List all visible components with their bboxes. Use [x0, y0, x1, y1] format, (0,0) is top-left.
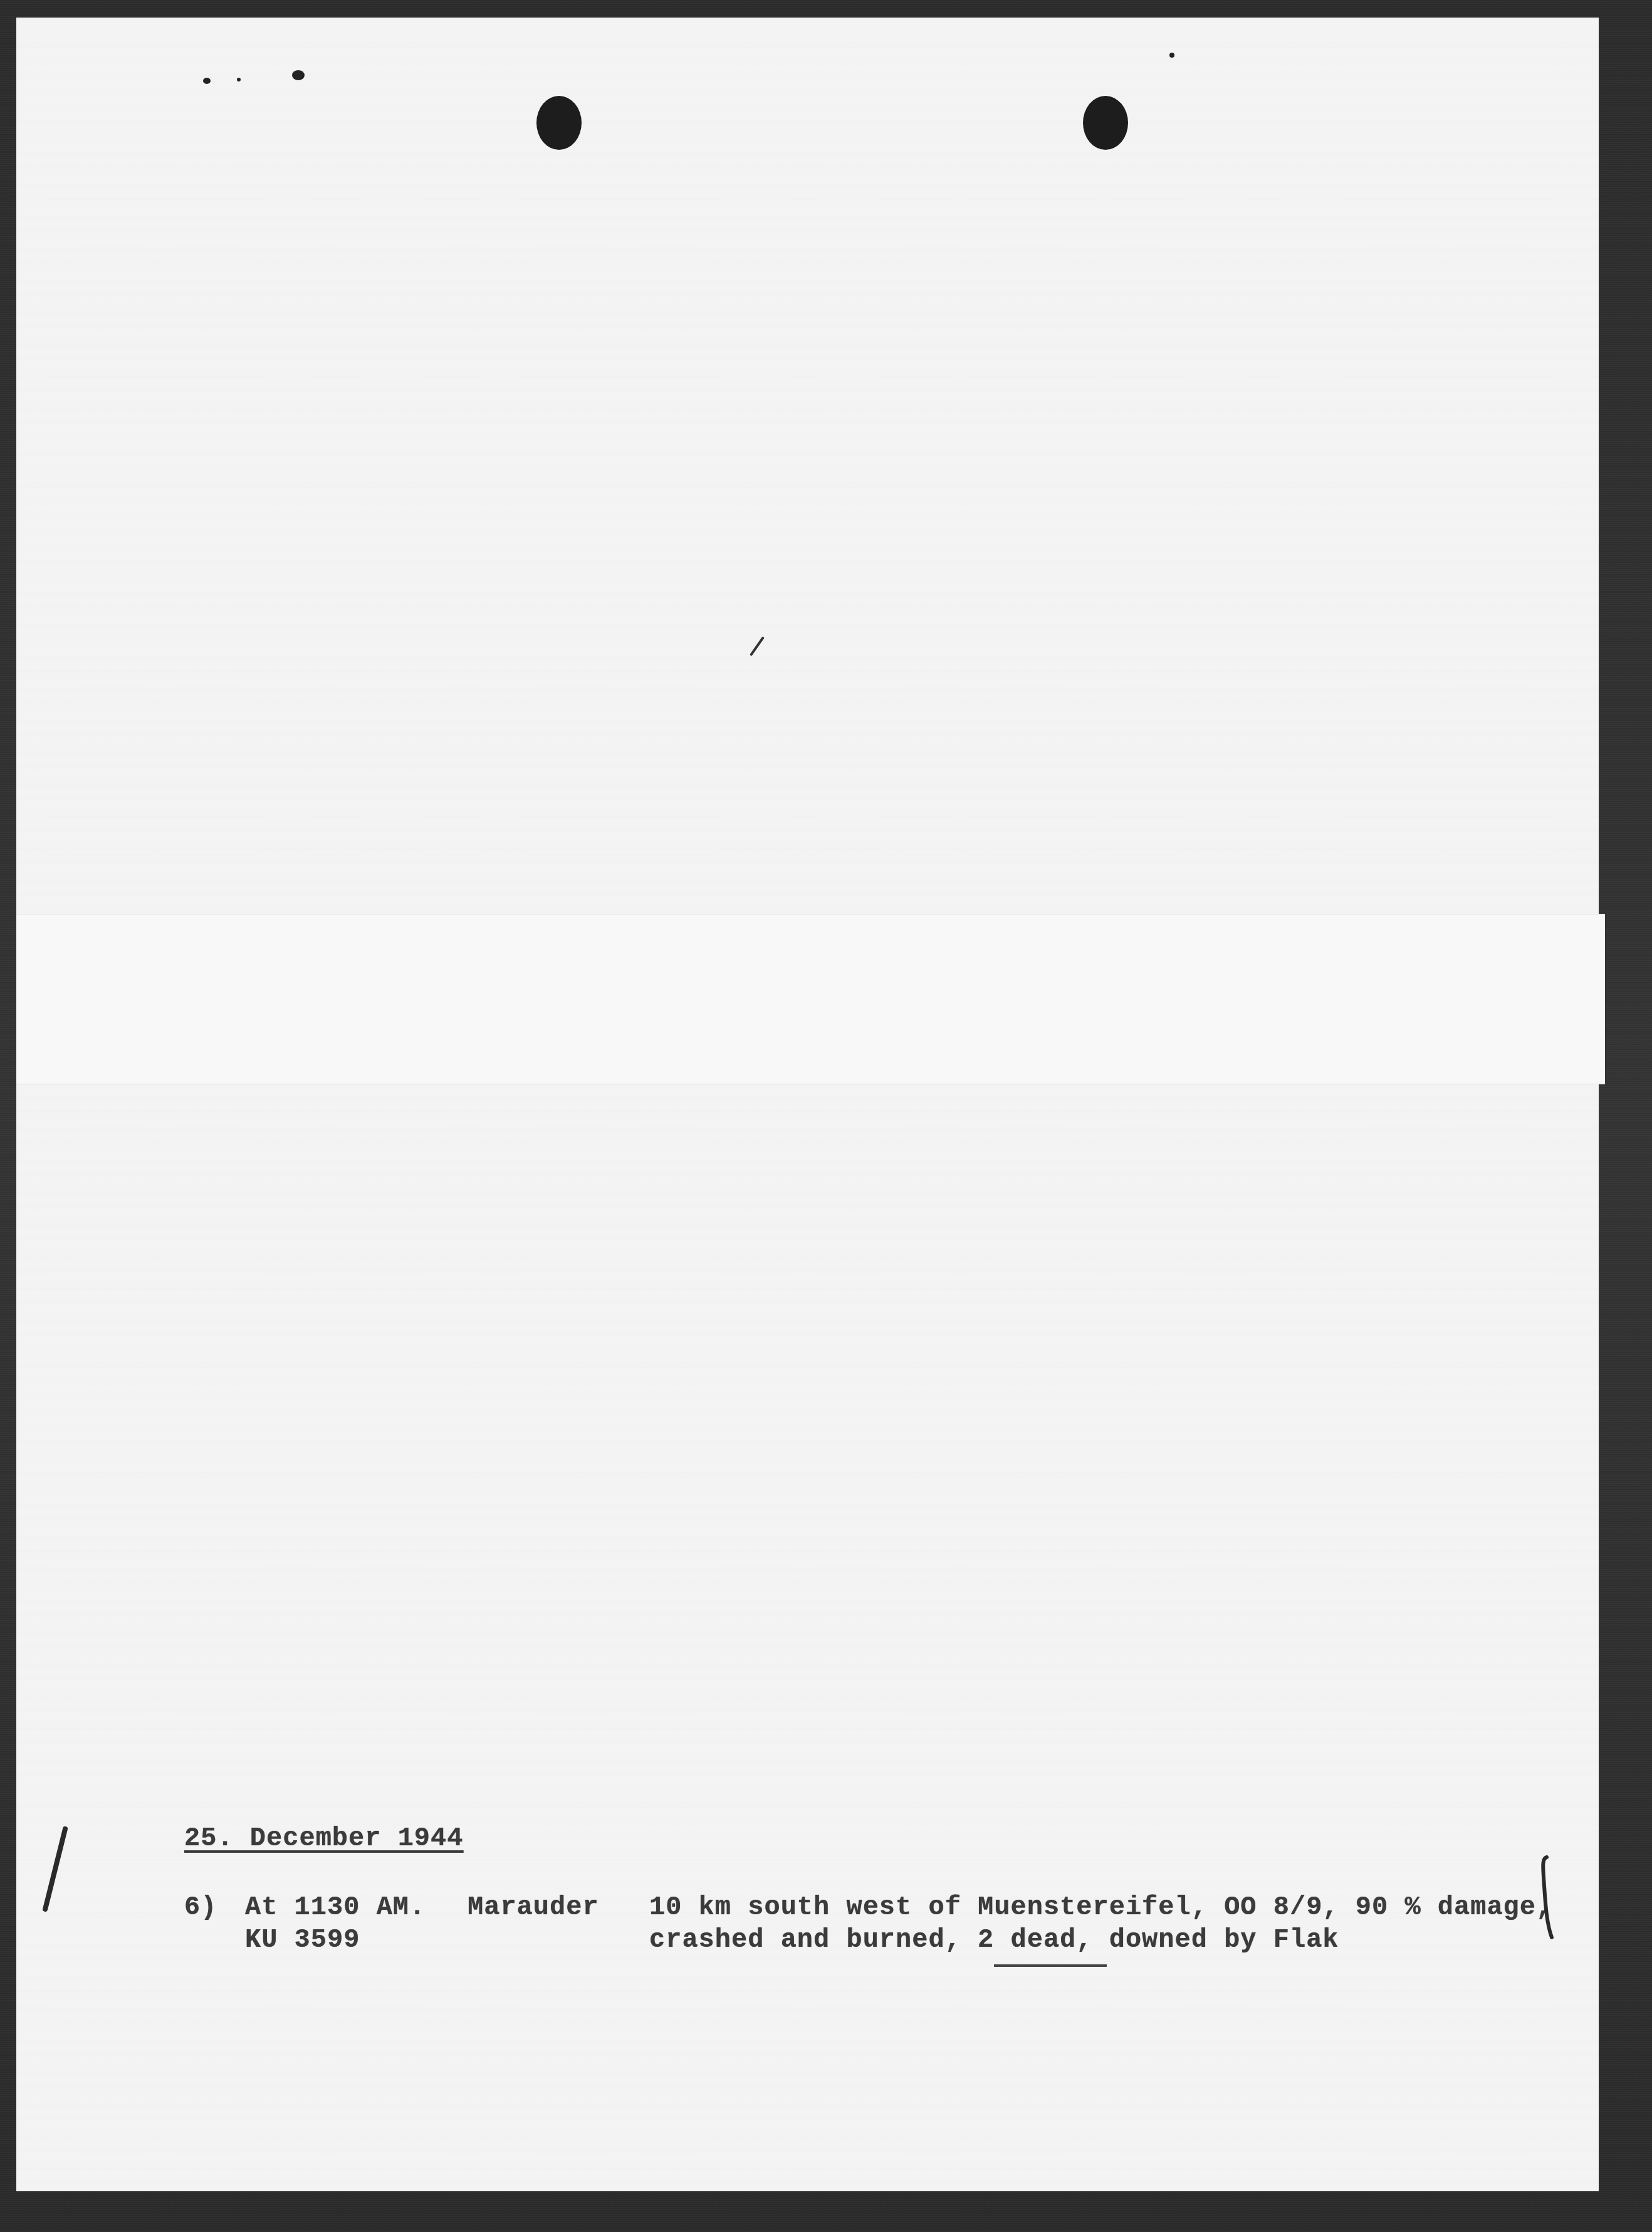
punch-hole-left: [536, 96, 582, 150]
entry-aircraft: Marauder: [468, 1892, 599, 1922]
document-page: 25. December 1944 6) At 1130 AM. KU 3599…: [16, 18, 1599, 2191]
entry-grid-reference: KU 3599: [245, 1925, 360, 1955]
check-mark-icon: [42, 1826, 68, 1912]
entry-description-line-1: 10 km south west of Muenstereifel, OO 8/…: [649, 1892, 1552, 1922]
punch-hole-right: [1083, 96, 1128, 150]
ink-speck: [292, 70, 305, 80]
entry-number: 6): [184, 1892, 217, 1922]
entry-description-line-2: crashed and burned, 2 dead, downed by Fl…: [649, 1925, 1339, 1955]
pasted-record-strip: 25. December 1944 6) At 1130 AM. KU 3599…: [16, 914, 1605, 1084]
stray-pen-mark: [750, 636, 765, 656]
ink-speck: [237, 78, 241, 81]
entry-time: At 1130 AM.: [245, 1892, 426, 1922]
ink-speck: [203, 78, 211, 84]
handwritten-underline: [994, 1964, 1107, 1967]
bracket-icon: [1533, 1855, 1558, 1942]
date-heading: 25. December 1944: [184, 1823, 463, 1853]
ink-speck: [1169, 53, 1174, 58]
